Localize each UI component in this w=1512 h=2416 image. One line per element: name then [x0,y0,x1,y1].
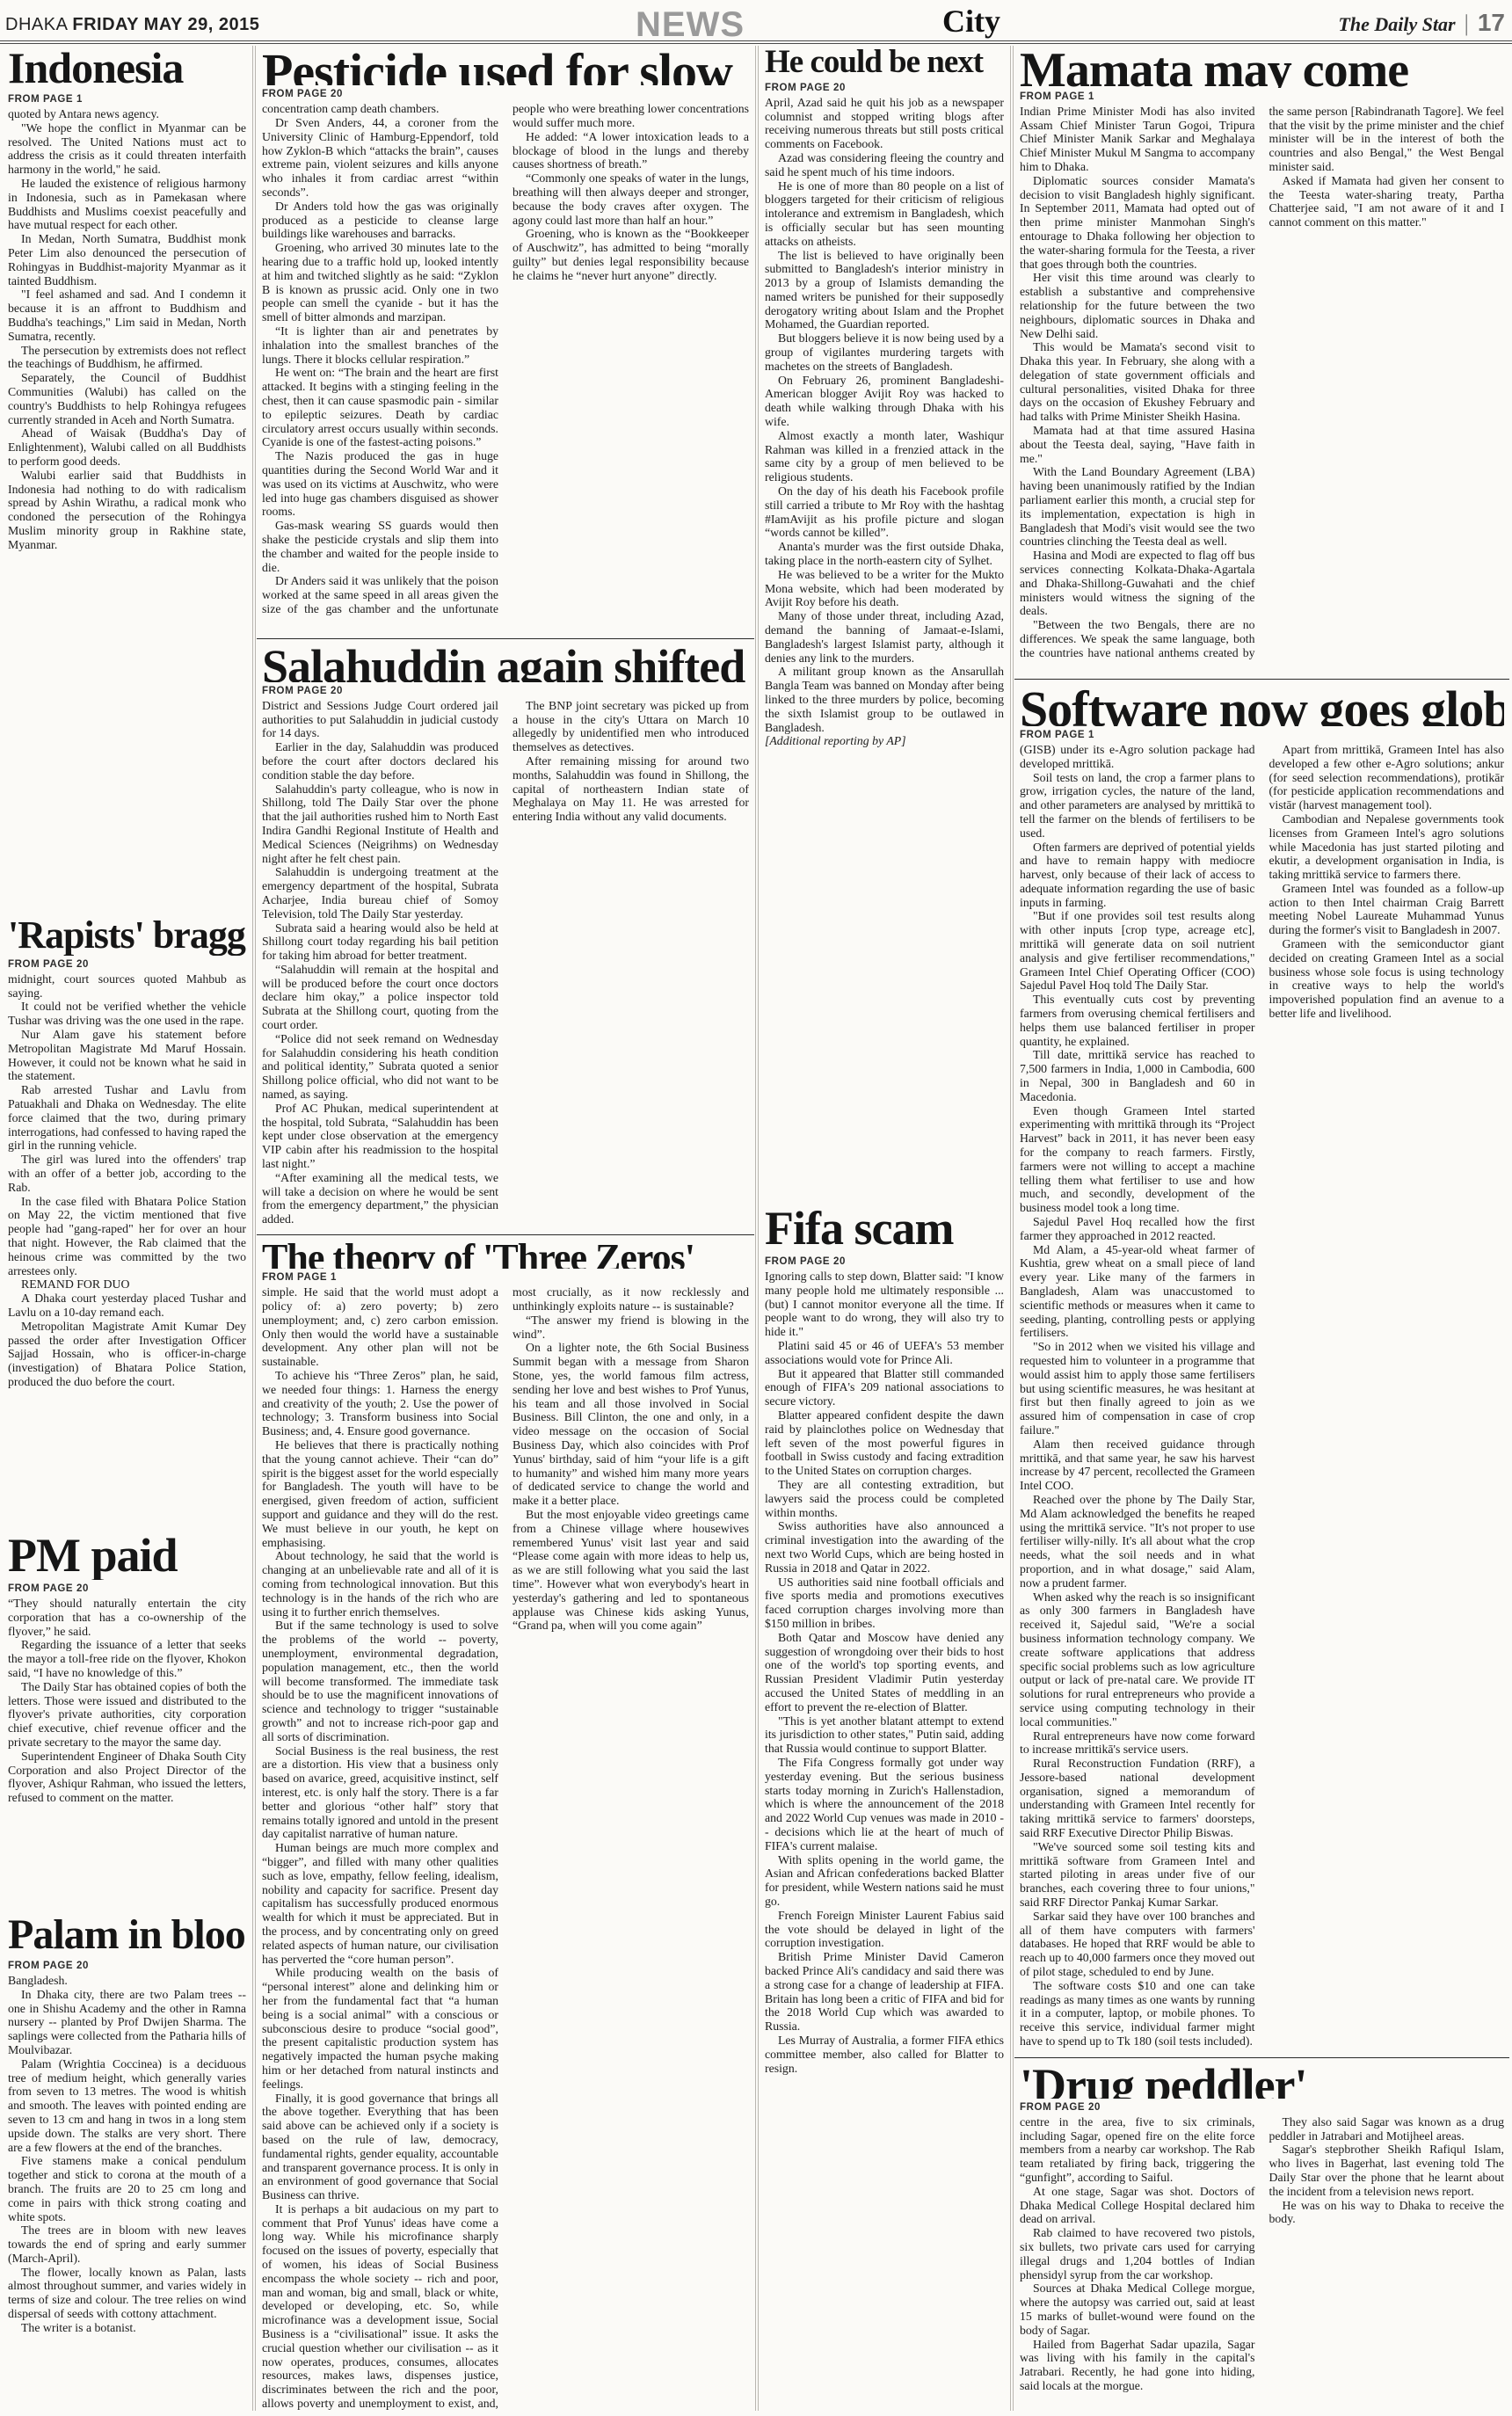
paragraph: "This is yet another blatant attempt to … [765,1714,1004,1756]
article-body: quoted by Antara news agency."We hope th… [8,107,246,907]
paragraph: Hasina and Modi are expected to flag off… [1020,549,1255,618]
paragraph: But if the same technology is used to so… [262,1619,498,1743]
paragraph: "We've sourced some soil testing kits an… [1020,1840,1255,1910]
paragraph: Asked if Mamata had given her consent to… [1269,174,1505,229]
article-rapists-bragged: 'Rapists' bragged FROM PAGE 20 midnight,… [3,916,251,1523]
paragraph: Alam then received guidance through mrit… [1020,1437,1255,1493]
from-page-kicker: FROM PAGE 1 [262,1272,749,1283]
article-fifa-scam: Fifa scam FROM PAGE 20 Ignoring calls to… [760,1204,1009,2411]
paragraph: But the most enjoyable video greetings c… [512,1508,749,1633]
paragraph: Separately, the Council of Buddhist Comm… [8,371,246,426]
paragraph: Sarkar said they have over 100 branches … [1020,1910,1255,1979]
article-body: “They should naturally entertain the cit… [8,1597,246,1905]
from-page-kicker: FROM PAGE 20 [1020,2102,1504,2113]
headline-software: Software now goes global [1020,683,1504,726]
paragraph: Swiss authorities have also announced a … [765,1519,1004,1575]
paragraph: District and Sessions Judge Court ordere… [262,699,498,740]
paragraph: He was believed to be a writer for the M… [765,568,1004,609]
section-label-city: City [942,5,1000,37]
article-mamata: Mamata may come FROM PAGE 1 Indian Prime… [1014,46,1509,673]
paragraph: In Medan, North Sumatra, Buddhist monk P… [8,232,246,287]
paragraph: The writer is a botanist. [8,2321,246,2335]
headline-salahuddin: Salahuddin again shifted [262,643,749,682]
paragraph: Social Business is the real business, th… [262,1744,498,1842]
article-he-could-be-next: He could be next FROM PAGE 20 April, Aza… [760,46,1009,1196]
paragraph: “After examining all the medical tests, … [262,1171,498,1226]
paragraph: With the Land Boundary Agreement (LBA) h… [1020,465,1255,549]
paragraph: The persecution by extremists does not r… [8,344,246,372]
paragraph: A militant group known as the Ansarullah… [765,665,1004,734]
paragraph: When asked why the reach is so insignifi… [1020,1590,1255,1729]
paragraph: Ahead of Waisak (Buddha's Day of Enlight… [8,426,246,468]
from-page-kicker: FROM PAGE 20 [765,83,1004,93]
paragraph: He believes that there is practically no… [262,1438,498,1549]
paragraph: Soil tests on land, the crop a farmer pl… [1020,771,1255,841]
paragraph: Reached over the phone by The Daily Star… [1020,1493,1255,1590]
paragraph: This would be Mamata's second visit to D… [1020,340,1255,424]
dateline: DHAKA FRIDAY MAY 29, 2015 [5,15,259,35]
from-page-kicker: FROM PAGE 20 [262,686,749,696]
column-2-3: Pesticide used for slow FROM PAGE 20 con… [257,46,754,2411]
paragraph: With splits opening in the world game, t… [765,1853,1004,1909]
article-palam-in-bloom: Palam in bloom FROM PAGE 20 Bangladesh.I… [3,1914,251,2411]
from-page-kicker: FROM PAGE 20 [8,1583,246,1594]
article-body: concentration camp death chambers.Dr Sve… [262,102,749,633]
headline-pesticide: Pesticide used for slow [262,46,749,85]
paragraph: Rab arrested Tushar and Lavlu from Patua… [8,1083,246,1153]
column-divider [252,46,256,2411]
paragraph: Mamata had at that time assured Hasina a… [1020,424,1255,465]
paragraph: Subrata said a hearing would also be hel… [262,921,498,963]
headline-three-zeros: The theory of 'Three Zeros' [262,1239,749,1269]
paragraph: Ignoring calls to step down, Blatter sai… [765,1270,1004,1339]
paragraph: He is one of more than 80 people on a li… [765,179,1004,249]
paragraph: The Daily Star has obtained copies of bo… [8,1680,246,1750]
paragraph: Rural entrepreneurs have now come forwar… [1020,1729,1255,1757]
paragraph: Rural Reconstruction Fundation (RRF), a … [1020,1757,1255,1840]
paragraph: The list is believed to have originally … [765,249,1004,332]
paragraph: Gas-mask wearing SS guards would then sh… [262,519,498,574]
headline-palam: Palam in bloom [8,1914,246,1957]
paragraph: Md Alam, a 45-year-old wheat farmer of K… [1020,1243,1255,1341]
paragraph: Groening, who is known as the “Bookkeepe… [512,227,749,282]
paragraph: Almost exactly a month later, Washiqur R… [765,429,1004,484]
newspaper-page: DHAKA FRIDAY MAY 29, 2015 NEWS City The … [0,0,1512,2416]
article-body: midnight, court sources quoted Mahbub as… [8,972,246,1523]
paragraph: He added: “A lower intoxication leads to… [512,130,749,171]
paragraph: Both Qatar and Moscow have denied any su… [765,1631,1004,1714]
paragraph: REMAND FOR DUO [8,1277,246,1292]
paragraph: Even though Grameen Intel started experi… [1020,1104,1255,1215]
paragraph: Till date, mrittikā service has reached … [1020,1048,1255,1103]
paragraph: But bloggers believe it is now being use… [765,331,1004,373]
paragraph: [Additional reporting by AP] [765,734,1004,748]
headline-mamata: Mamata may come [1020,46,1504,88]
paragraph: Apart from mrittikā, Grameen Intel has a… [1269,743,1505,812]
paragraph: Finally, it is good governance that brin… [262,2092,498,2202]
article-pm-paid: PM paid FROM PAGE 20 “They should natura… [3,1532,251,1905]
paragraph: "So in 2012 when we visited his village … [1020,1340,1255,1437]
article-body: (GISB) under its e-Agro solution package… [1020,743,1504,2052]
paragraph: “It is lighter than air and penetrates b… [262,324,498,366]
paragraph: On a lighter note, the 6th Social Busine… [512,1341,749,1508]
paragraph: simple. He said that the world must adop… [262,1285,498,1369]
paragraph: He lauded the existence of religious har… [8,177,246,232]
paragraph: About technology, he said that the world… [262,1549,498,1619]
paragraph: The software costs $10 and one can take … [1020,1979,1255,2049]
paragraph: “They should naturally entertain the cit… [8,1597,246,1638]
column-divider [755,46,759,2411]
paragraph: At one stage, Sagar was shot. Doctors of… [1020,2185,1255,2226]
paragraph: Regarding the issuance of a letter that … [8,1638,246,1679]
paragraph: Metropolitan Magistrate Amit Kumar Dey p… [8,1320,246,1389]
paragraph: On February 26, prominent Bangladeshi-Am… [765,374,1004,429]
headline-rapists: 'Rapists' bragged [8,916,246,956]
paragraph: The trees are in bloom with new leaves t… [8,2223,246,2265]
paragraph: It could not be verified whether the veh… [8,1000,246,1028]
article-pesticide: Pesticide used for slow FROM PAGE 20 con… [257,46,754,633]
paragraph: The Nazis produced the gas in huge quant… [262,449,498,519]
paragraph: Her visit this time around was clearly t… [1020,271,1255,340]
paragraph: In Dhaka city, there are two Palam trees… [8,1988,246,2057]
paragraph: While producing wealth on the basis of “… [262,1966,498,2091]
paragraph: The Fifa Congress formally got under way… [765,1756,1004,1853]
paragraph: In the case filed with Bhatara Police St… [8,1195,246,1278]
paragraph: Bangladesh. [8,1974,246,1988]
paragraph: He was on his way to Dhaka to receive th… [1269,2199,1505,2227]
article-three-zeros: The theory of 'Three Zeros' FROM PAGE 1 … [257,1234,754,2411]
paragraph: Many of those under threat, including Az… [765,609,1004,665]
paragraph: Often farmers are deprived of potential … [1020,841,1255,910]
article-body: Bangladesh.In Dhaka city, there are two … [8,1974,246,2411]
paragraph: Grameen Intel was founded as a follow-up… [1269,882,1505,937]
masthead: DHAKA FRIDAY MAY 29, 2015 NEWS City The … [0,0,1512,44]
paragraph: Nur Alam gave his statement before Metro… [8,1028,246,1083]
paragraph: concentration camp death chambers. [262,102,498,116]
paragraph: Sources at Dhaka Medical College morgue,… [1020,2281,1255,2337]
paragraph: Ananta's murder was the first outside Dh… [765,540,1004,568]
paragraph: Walubi earlier said that Buddhists in In… [8,469,246,552]
paragraph: Groening, who arrived 30 minutes late to… [262,241,498,324]
article-body: Ignoring calls to step down, Blatter sai… [765,1270,1004,2411]
paragraph: They also said Sagar was known as a drug… [1269,2115,1505,2143]
masthead-right: The Daily Star | 17 [1338,11,1505,37]
paragraph: US authorities said nine football offici… [765,1575,1004,1631]
paragraph: Platini said 45 or 46 of UEFA's 53 membe… [765,1339,1004,1367]
article-drug-peddler: 'Drug peddler' FROM PAGE 20 centre in th… [1014,2057,1509,2411]
paragraph: "But if one provides soil test results a… [1020,909,1255,993]
paragraph: Indian Prime Minister Modi has also invi… [1020,105,1255,174]
paragraph: "I feel ashamed and sad. And I condemn i… [8,287,246,343]
paragraph: Cambodian and Nepalese governments took … [1269,812,1505,882]
paragraph: Dr Sven Anders, 44, a coroner from the U… [262,116,498,200]
dateline-city: DHAKA [5,15,67,34]
paragraph: Prof AC Phukan, medical superintendent a… [262,1102,498,1171]
paragraph: "We hope the conflict in Myanmar can be … [8,121,246,177]
paper-name: The Daily Star [1338,13,1455,36]
article-body: centre in the area, five to six criminal… [1020,2115,1504,2411]
paragraph: Diplomatic sources consider Mamata's dec… [1020,174,1255,272]
paragraph: Human beings are much more complex and “… [262,1841,498,1966]
from-page-kicker: FROM PAGE 1 [8,94,246,105]
from-page-kicker: FROM PAGE 20 [8,1961,246,1971]
article-body: simple. He said that the world must adop… [262,1285,749,2411]
from-page-kicker: FROM PAGE 1 [1020,91,1504,102]
paragraph: A Dhaka court yesterday placed Tushar an… [8,1292,246,1320]
paragraph: Sajedul Pavel Hoq recalled how the first… [1020,1215,1255,1243]
paragraph: midnight, court sources quoted Mahbub as… [8,972,246,1001]
from-page-kicker: FROM PAGE 20 [765,1256,1004,1267]
paragraph: Hailed from Bagerhat Sadar upazila, Saga… [1020,2338,1255,2393]
from-page-kicker: FROM PAGE 20 [262,89,749,99]
masthead-separator: | [1465,11,1469,37]
paragraph: French Foreign Minister Laurent Fabius s… [765,1909,1004,1950]
paragraph: The girl was lured into the offenders' t… [8,1153,246,1194]
paragraph: Azad was considering fleeing the country… [765,151,1004,179]
article-salahuddin: Salahuddin again shifted FROM PAGE 20 Di… [257,638,754,1229]
article-indonesia: Indonesia FROM PAGE 1 quoted by Antara n… [3,46,251,907]
from-page-kicker: FROM PAGE 20 [8,959,246,970]
paragraph: Dr Anders told how the gas was originall… [262,200,498,241]
from-page-kicker: FROM PAGE 1 [1020,730,1504,740]
headline-fifa-scam: Fifa scam [765,1204,1004,1253]
paragraph: British Prime Minister David Cameron bac… [765,1950,1004,2034]
article-software-global: Software now goes global FROM PAGE 1 (GI… [1014,679,1509,2052]
paragraph: Les Murray of Australia, a former FIFA e… [765,2034,1004,2075]
paragraph: Earlier in the day, Salahuddin was produ… [262,740,498,782]
article-body: District and Sessions Judge Court ordere… [262,699,749,1229]
column-4: He could be next FROM PAGE 20 April, Aza… [760,46,1009,2411]
paragraph: “The answer my friend is blowing in the … [512,1314,749,1342]
headline-pm-paid: PM paid [8,1532,246,1580]
paragraph: “Police did not seek remand on Wednesday… [262,1032,498,1102]
paragraph: centre in the area, five to six criminal… [1020,2115,1255,2185]
article-body: Indian Prime Minister Modi has also invi… [1020,105,1504,673]
paragraph: To achieve his “Three Zeros” plan, he sa… [262,1369,498,1438]
paragraph: Rab claimed to have recovered two pistol… [1020,2226,1255,2281]
paragraph: quoted by Antara news agency. [8,107,246,121]
page-number: 17 [1478,11,1505,35]
headline-he-could-be-next: He could be next [765,46,1004,79]
paragraph: Palam (Wrightia Coccinea) is a deciduous… [8,2057,246,2155]
paragraph: Superintendent Engineer of Dhaka South C… [8,1750,246,1805]
paragraph: “Commonly one speaks of water in the lun… [512,171,749,227]
section-label-news: NEWS [636,7,745,42]
paragraph: They are all contesting extradition, but… [765,1478,1004,1519]
column-divider [1010,46,1014,2411]
paragraph: April, Azad said he quit his job as a ne… [765,96,1004,151]
page-body: Indonesia FROM PAGE 1 quoted by Antara n… [0,44,1512,2411]
paragraph: This eventually cuts cost by preventing … [1020,993,1255,1048]
paragraph: Salahuddin's party colleague, who is now… [262,782,498,866]
paragraph: The flower, locally known as Palan, last… [8,2266,246,2321]
paragraph: Salahuddin is undergoing treatment at th… [262,865,498,921]
paragraph: Sagar's stepbrother Sheikh Rafiqul Islam… [1269,2143,1505,2198]
headline-indonesia: Indonesia [8,46,246,91]
paragraph: But it appeared that Blatter still comma… [765,1367,1004,1408]
paragraph: Five stamens make a conical pendulum tog… [8,2154,246,2223]
headline-drug-peddler: 'Drug peddler' [1020,2062,1504,2099]
paragraph: Grameen with the semiconductor giant dec… [1269,937,1505,1021]
paragraph: On the day of his death his Facebook pro… [765,484,1004,540]
column-1: Indonesia FROM PAGE 1 quoted by Antara n… [3,46,251,2411]
paragraph: “Salahuddin will remain at the hospital … [262,963,498,1032]
paragraph: He went on: “The brain and the heart are… [262,366,498,449]
column-5-6: Mamata may come FROM PAGE 1 Indian Prime… [1014,46,1509,2411]
paragraph: After remaining missing for around two m… [512,754,749,824]
paragraph: (GISB) under its e-Agro solution package… [1020,743,1255,771]
paragraph: The BNP joint secretary was picked up fr… [512,699,749,754]
paragraph: Blatter appeared confident despite the d… [765,1408,1004,1478]
dateline-date: FRIDAY MAY 29, 2015 [72,15,259,34]
article-body: April, Azad said he quit his job as a ne… [765,96,1004,1196]
